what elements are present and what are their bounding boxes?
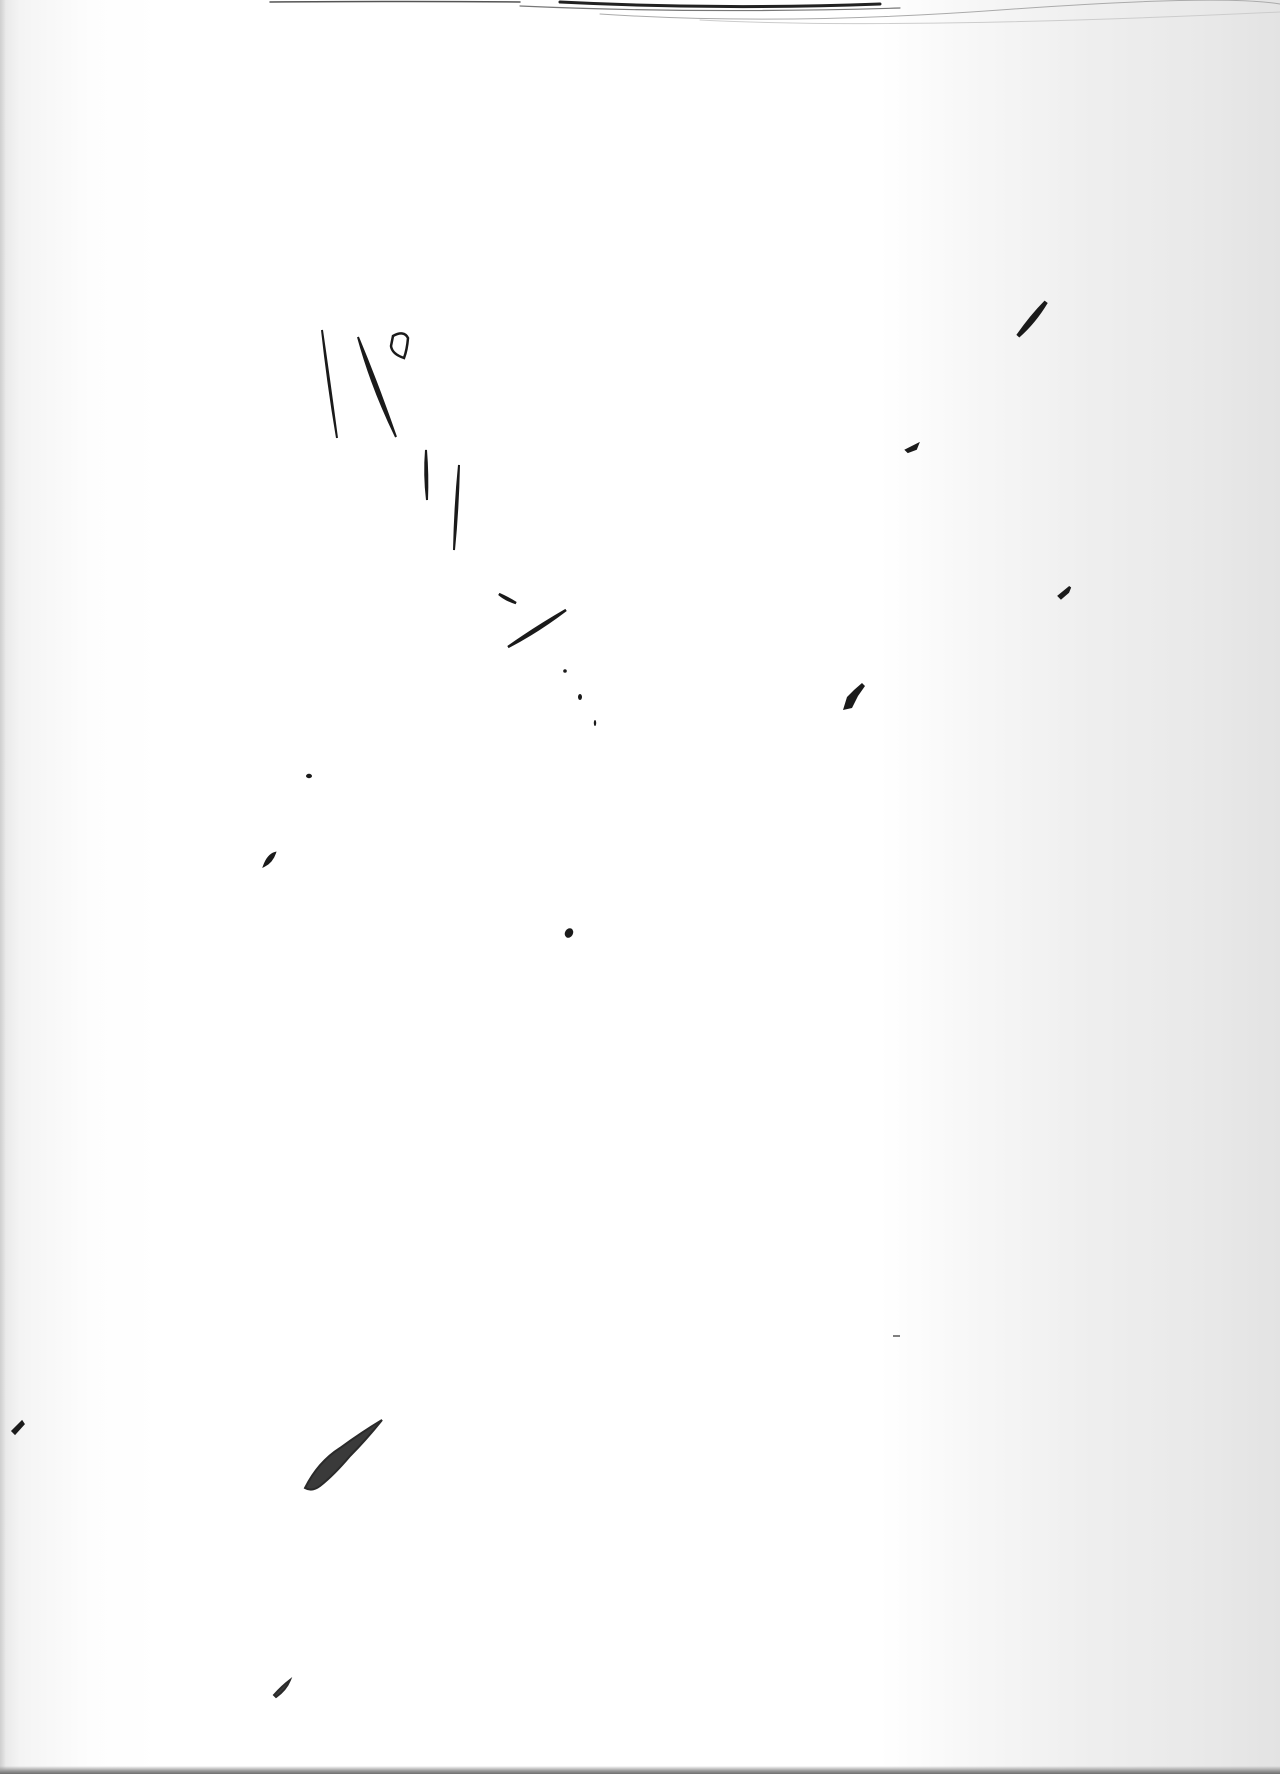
- ink-stroke: [508, 610, 566, 647]
- ink-dash: [12, 1421, 24, 1434]
- ink-dash: [1059, 587, 1070, 598]
- ink-smudge: [274, 1680, 290, 1697]
- ink-dash: [264, 853, 275, 866]
- scanned-page: [0, 0, 1280, 1774]
- ink-stroke: [425, 450, 427, 500]
- ink-smudge: [563, 927, 575, 940]
- ink-strokes: [12, 302, 1070, 1697]
- ink-stroke: [358, 337, 396, 437]
- ink-stroke: [322, 330, 337, 438]
- ink-stroke: [454, 465, 459, 550]
- ink-smudge: [906, 444, 918, 452]
- ink-dash: [499, 594, 516, 603]
- ink-dot: [563, 669, 567, 673]
- ink-dot: [306, 774, 312, 778]
- ink-smudge: [843, 683, 865, 710]
- ink-stroke: [1018, 302, 1046, 336]
- page-bottom-edge-shadow: [0, 1766, 1280, 1774]
- ink-brush-stroke: [305, 1420, 382, 1490]
- ink-marks-layer: [0, 0, 1280, 1774]
- ink-dot: [578, 694, 582, 700]
- top-edge-curl: [270, 0, 1280, 23]
- ink-loop: [391, 333, 408, 358]
- ink-dot: [594, 720, 596, 726]
